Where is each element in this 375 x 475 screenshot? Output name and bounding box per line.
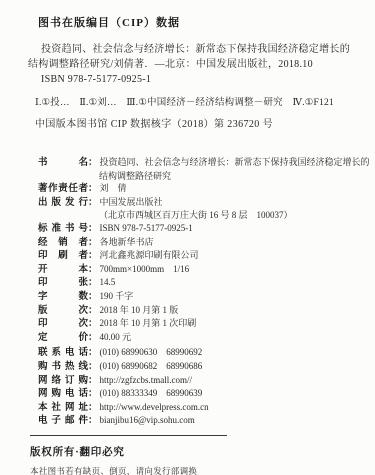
info-colon: ：: [88, 238, 98, 248]
contact-row-website: 本社网址：http://www.develpress.com.cn: [28, 401, 353, 415]
info-label: 网络订购: [38, 375, 88, 388]
info-colon: ：: [88, 265, 98, 275]
isbn-line: ISBN 978-7-5177-0925-1: [28, 72, 353, 87]
contact-row-online-store: 网络订购：http://zgfzcbs.tmall.com//: [28, 374, 353, 388]
book-info-row-title: 书名：投资趋同、社会信念与经济增长：新常态下保持我国经济稳定增长的: [28, 156, 353, 170]
info-colon: ：: [88, 198, 98, 208]
cip-entry-line1: 投资趋同、社会信念与经济增长：新常态下保持我国经济稳定增长的: [28, 42, 353, 57]
info-colon: ：: [88, 158, 98, 168]
info-value: 投资趋同、社会信念与经济增长：新常态下保持我国经济稳定增长的: [98, 157, 370, 167]
info-value: 中国发展出版社: [98, 197, 163, 207]
info-colon: ：: [88, 292, 98, 302]
exchange-note: 本社图书若有缺页、倒页，请向发行部调换: [28, 465, 353, 475]
info-value: (010) 68990682 68990686: [98, 361, 203, 371]
contact-info-block: 联系电话：(010) 68990630 68990692 购书热线：(010) …: [28, 346, 353, 428]
cip-header: 图书在版编目（CIP）数据: [28, 14, 353, 30]
info-label: 印次: [38, 318, 88, 331]
info-value: 190 千字: [98, 291, 134, 301]
info-label: 开本: [38, 264, 88, 277]
book-info-row-wordcount: 字数：190 千字: [28, 290, 353, 304]
book-info-row-title-line2: 结构调整路径研究: [28, 170, 353, 183]
info-value: 各地新华书店: [98, 237, 154, 247]
book-info-row-format: 开本：700mm×1000mm 1/16: [28, 263, 353, 277]
book-info-row-author: 著作责任者：刘 倩: [28, 182, 353, 196]
info-value: 刘 倩: [98, 183, 127, 193]
info-colon: ：: [88, 224, 98, 234]
info-value: 14.5: [98, 277, 116, 287]
book-info-row-printer: 印刷者：河北鑫兆源印刷有限公司: [28, 249, 353, 263]
info-label: 本社网址: [38, 402, 88, 415]
info-colon: ：: [88, 319, 98, 329]
info-value: http://www.develpress.com.cn: [98, 402, 209, 412]
info-colon: ：: [88, 362, 98, 372]
book-info-row-isbn: 标准书号：ISBN 978-7-5177-0925-1: [28, 222, 353, 236]
info-colon: ：: [88, 333, 98, 343]
info-label: 购书热线: [38, 361, 88, 374]
contact-row-email: 电子邮件：bianjibu16@vip.sohu.com: [28, 414, 353, 428]
info-colon: ：: [88, 403, 98, 413]
info-colon: ：: [88, 306, 98, 316]
info-colon: ：: [88, 376, 98, 386]
info-colon: ：: [88, 416, 98, 426]
info-label: 经销者: [38, 237, 88, 250]
info-label: 标准书号: [38, 223, 88, 236]
info-value: 2018 年 10 月第 1 次印刷: [98, 318, 197, 328]
classification-line: Ⅰ.①投… Ⅱ.①刘… Ⅲ.①中国经济－经济结构调整－研究 Ⅳ.①F121: [28, 94, 353, 108]
info-label: 联系电话: [38, 347, 88, 360]
book-info-row-edition: 版次：2018 年 10 月第 1 版: [28, 304, 353, 318]
info-label: 著作责任者: [38, 183, 88, 196]
book-info-block: 书名：投资趋同、社会信念与经济增长：新常态下保持我国经济稳定增长的 结构调整路径…: [28, 156, 353, 344]
info-label: 定价: [38, 332, 88, 345]
book-info-row-publisher: 出版发行：中国发展出版社: [28, 196, 353, 210]
info-label: 印刷者: [38, 250, 88, 263]
book-info-row-publisher-address: （北京市西城区百万庄大街 16 号 8 层 100037）: [28, 209, 353, 222]
info-label: 字数: [38, 291, 88, 304]
info-value: bianjibu16@vip.sohu.com: [98, 415, 195, 425]
info-label: 出版发行: [38, 197, 88, 210]
info-value: http://zgfzcbs.tmall.com//: [98, 375, 192, 385]
info-label: 版次: [38, 305, 88, 318]
cip-record-number: 中国版本图书馆 CIP 数据核字（2018）第 236720 号: [28, 115, 353, 130]
info-value: (010) 68990630 68990692: [98, 347, 203, 357]
info-label: 电子邮件: [38, 415, 88, 428]
info-value: ISBN 978-7-5177-0925-1: [98, 223, 193, 233]
cip-copyright-page: 图书在版编目（CIP）数据 投资趋同、社会信念与经济增长：新常态下保持我国经济稳…: [0, 0, 375, 475]
info-colon: ：: [88, 278, 98, 288]
cip-entry-line2: 结构调整路径研究/刘倩著．—北京：中国发展出版社，2018.10: [28, 57, 353, 72]
info-colon: ：: [88, 251, 98, 261]
info-label: 网购电话: [38, 388, 88, 401]
info-label: 印张: [38, 277, 88, 290]
info-colon: ：: [88, 389, 98, 399]
info-value: (010) 88333349 68990639: [98, 388, 203, 398]
info-colon: ：: [88, 348, 98, 358]
book-info-row-distributor: 经销者：各地新华书店: [28, 236, 353, 250]
divider: [30, 435, 227, 436]
info-value: 40.00 元: [98, 332, 132, 342]
book-info-row-price: 定价：40.00 元: [28, 331, 353, 345]
info-colon: ：: [88, 184, 98, 194]
info-value: 700mm×1000mm 1/16: [98, 264, 190, 274]
copyright-notice: 版权所有·翻印必究: [28, 444, 353, 459]
contact-row-phone: 联系电话：(010) 68990630 68990692: [28, 346, 353, 360]
info-label: 书名: [38, 157, 88, 170]
info-value: 河北鑫兆源印刷有限公司: [98, 250, 199, 260]
contact-row-order-phone: 网购电话：(010) 88333349 68990639: [28, 387, 353, 401]
book-info-row-printing: 印次：2018 年 10 月第 1 次印刷: [28, 317, 353, 331]
cip-entry-paragraph: 投资趋同、社会信念与经济增长：新常态下保持我国经济稳定增长的 结构调整路径研究/…: [28, 42, 353, 87]
book-info-row-sheets: 印张：14.5: [28, 276, 353, 290]
contact-row-hotline: 购书热线：(010) 68990682 68990686: [28, 360, 353, 374]
info-value: 2018 年 10 月第 1 版: [98, 305, 179, 315]
